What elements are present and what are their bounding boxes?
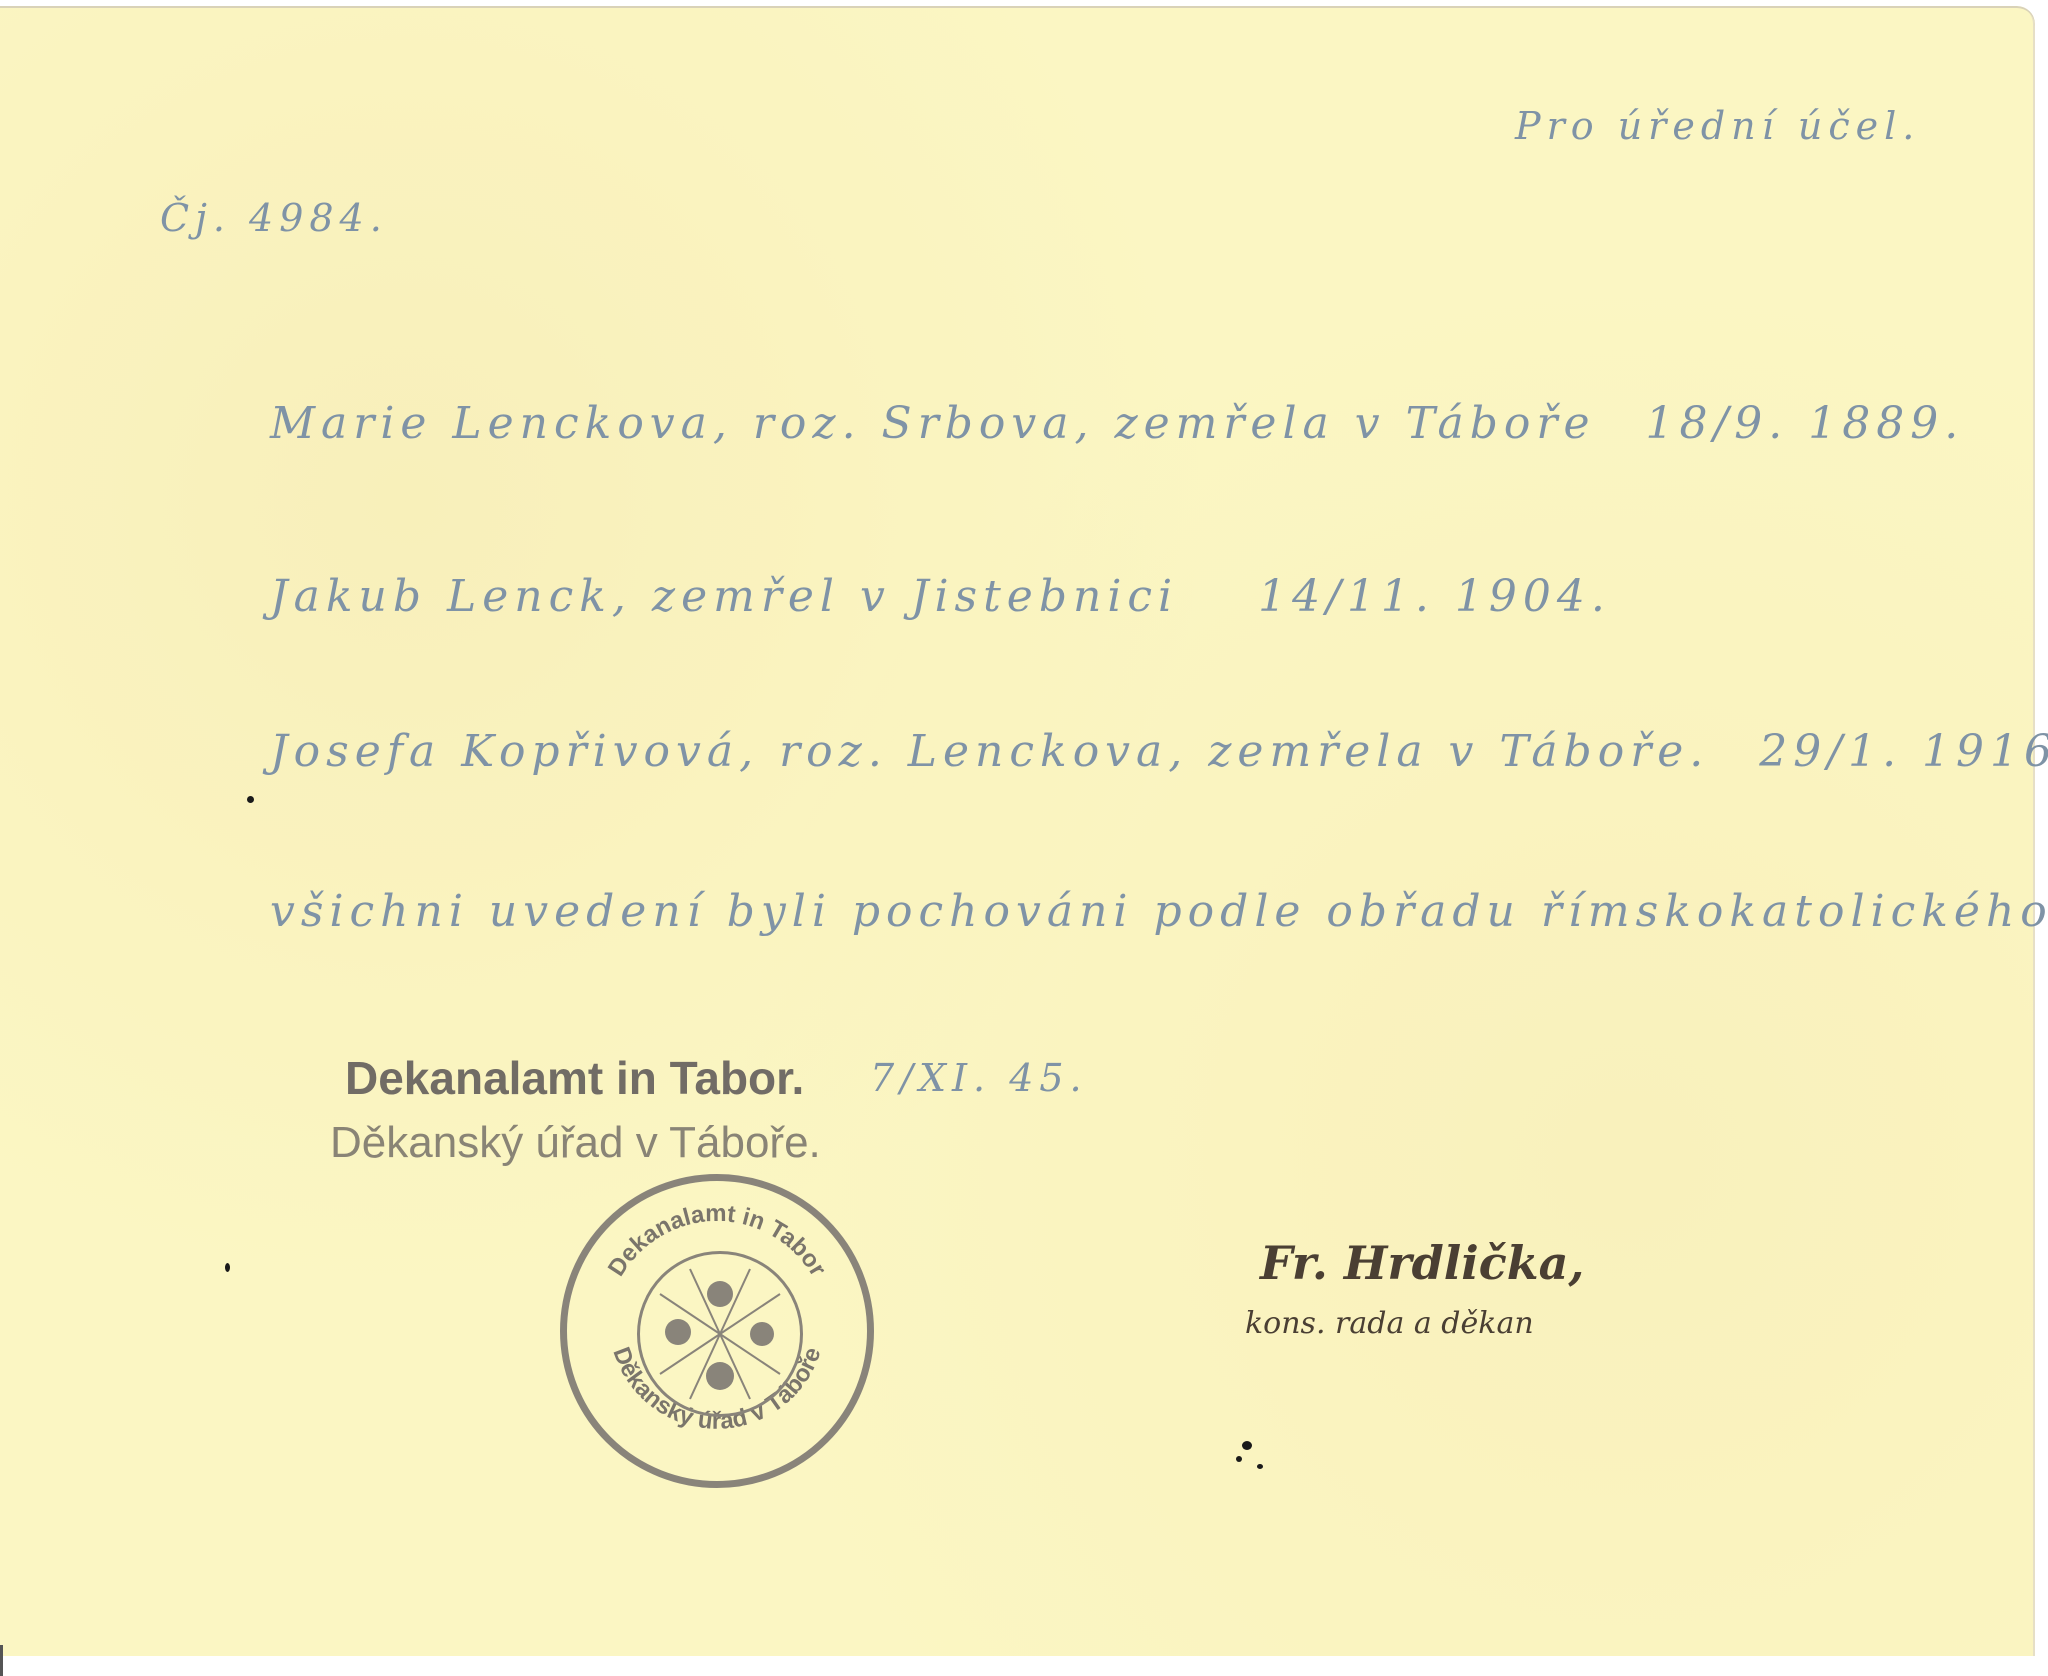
rubber-stamp-line-2: Děkanský úřad v Táboře. xyxy=(330,1118,821,1168)
entry-line-2: Jakub Lenck, zemřel v Jistebnici 14/11. … xyxy=(270,571,1611,622)
scan-edge xyxy=(0,1645,3,1676)
entry-line-2-date: 14/11. 1904. xyxy=(1258,571,1611,622)
reference-number: Čj. 4984. xyxy=(160,196,388,240)
ink-spot xyxy=(1257,1464,1263,1469)
entry-line-3-date: 29/1. 1916; xyxy=(1759,726,2048,777)
top-right-note: Pro úřední účel. xyxy=(1515,104,1920,148)
ink-spot xyxy=(225,1263,230,1272)
entry-line-1: Marie Lenckova, roz. Srbova, zemřela v T… xyxy=(270,398,1964,449)
cross-emblem-icon xyxy=(640,1254,800,1414)
round-seal: Dekanalamt in Tabor Děkanský úřad v Tábo… xyxy=(560,1174,874,1488)
entry-line-3-text: Josefa Kopřivová, roz. Lenckova, zemřela… xyxy=(270,726,1709,777)
entry-line-3: Josefa Kopřivová, roz. Lenckova, zemřela… xyxy=(270,726,2048,777)
entry-line-2-text: Jakub Lenck, zemřel v Jistebnici xyxy=(270,571,1178,622)
entry-line-1-date: 18/9. 1889. xyxy=(1645,398,1964,449)
rubber-stamp-line-1: Dekanalamt in Tabor. xyxy=(345,1051,804,1105)
signature-title: kons. rada a děkan xyxy=(1245,1306,1534,1341)
entry-line-4: všichni uvedení byli pochováni podle obř… xyxy=(270,886,2048,937)
signature-name: Fr. Hrdlička, xyxy=(1260,1236,1584,1290)
document-page: Pro úřední účel. Čj. 4984. Marie Lenckov… xyxy=(0,6,2035,1656)
seal-inner-ring xyxy=(637,1251,803,1417)
ink-spot xyxy=(1236,1456,1242,1462)
stamp-handwritten-date: 7/XI. 45. xyxy=(870,1056,1088,1100)
ink-spot xyxy=(247,796,254,803)
entry-line-1-text: Marie Lenckova, roz. Srbova, zemřela v T… xyxy=(270,398,1595,449)
ink-spot xyxy=(1242,1441,1252,1450)
